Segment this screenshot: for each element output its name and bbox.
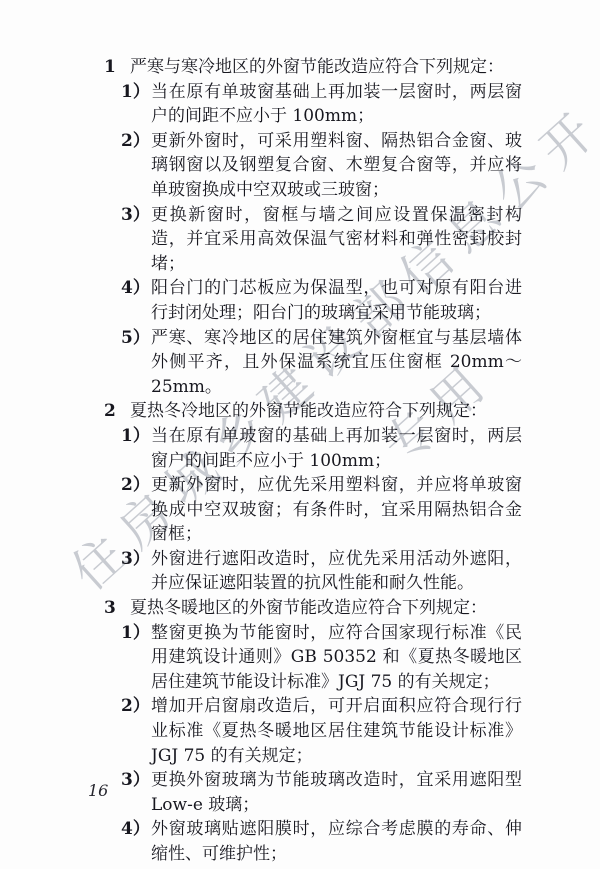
item-number: 2） <box>121 129 151 203</box>
item-text: 整窗更换为节能窗时，应符合国家现行标准《民用建筑设计通则》GB 50352 和《… <box>151 621 522 695</box>
list-item: 3）外窗进行遮阳改造时，应优先采用活动外遮阳，并应保证遮阳装置的抗风性能和耐久性… <box>121 547 522 596</box>
item-text: 外窗进行遮阳改造时，应优先采用活动外遮阳，并应保证遮阳装置的抗风性能和耐久性能。 <box>151 547 522 596</box>
section: 3夏热冬暖地区的外窗节能改造应符合下列规定：1）整窗更换为节能窗时，应符合国家现… <box>90 596 522 867</box>
list-item: 1）当在原有单玻窗基础上再加装一层窗时，两层窗户的间距不应小于 100mm； <box>121 80 522 129</box>
section-title: 夏热冬冷地区的外窗节能改造应符合下列规定： <box>130 399 522 424</box>
item-text: 更新外窗时，应优先采用塑料窗，并应将单玻窗换成中空双玻窗；有条件时，宜采用隔热铝… <box>151 473 522 547</box>
item-text: 增加开启窗扇改造后，可开启面积应符合现行行业标准《夏热冬暖地区居住建筑节能设计标… <box>151 694 522 768</box>
document-page: 1严寒与寒冷地区的外窗节能改造应符合下列规定：1）当在原有单玻窗基础上再加装一层… <box>0 0 600 869</box>
item-number: 3） <box>121 768 151 817</box>
section-heading: 1严寒与寒冷地区的外窗节能改造应符合下列规定： <box>90 55 522 80</box>
list-item: 3）更换外窗玻璃为节能玻璃改造时，宜采用遮阳型 Low-e 玻璃； <box>121 768 522 817</box>
item-number: 3） <box>121 203 151 277</box>
section-heading: 2夏热冬冷地区的外窗节能改造应符合下列规定： <box>90 399 522 424</box>
list-item: 2）更新外窗时，应优先采用塑料窗，并应将单玻窗换成中空双玻窗；有条件时，宜采用隔… <box>121 473 522 547</box>
document-body: 1严寒与寒冷地区的外窗节能改造应符合下列规定：1）当在原有单玻窗基础上再加装一层… <box>90 55 522 867</box>
list-item: 3）更换新窗时，窗框与墙之间应设置保温密封构造，并宜采用高效保温气密材料和弹性密… <box>121 203 522 277</box>
item-number: 2） <box>121 694 151 768</box>
item-text: 阳台门的门芯板应为保温型，也可对原有阳台进行封闭处理；阳台门的玻璃宜采用节能玻璃… <box>151 276 522 325</box>
item-number: 1） <box>121 424 151 473</box>
item-number: 1） <box>121 80 151 129</box>
item-text: 更新外窗时，可采用塑料窗、隔热铝合金窗、玻璃钢窗以及钢塑复合窗、木塑复合窗等，并… <box>151 129 522 203</box>
list-item: 2）增加开启窗扇改造后，可开启面积应符合现行行业标准《夏热冬暖地区居住建筑节能设… <box>121 694 522 768</box>
section-number: 3 <box>104 596 130 621</box>
item-text: 当在原有单玻窗基础上再加装一层窗时，两层窗户的间距不应小于 100mm； <box>151 80 522 129</box>
section-heading: 3夏热冬暖地区的外窗节能改造应符合下列规定： <box>90 596 522 621</box>
item-number: 1） <box>121 621 151 695</box>
item-number: 4） <box>121 817 151 866</box>
item-text: 更换新窗时，窗框与墙之间应设置保温密封构造，并宜采用高效保温气密材料和弹性密封胶… <box>151 203 522 277</box>
section-title: 夏热冬暖地区的外窗节能改造应符合下列规定： <box>130 596 522 621</box>
list-item: 5）严寒、寒冷地区的居住建筑外窗框宜与基层墙体外侧平齐，且外保温系统宜压住窗框 … <box>121 326 522 400</box>
page-number: 16 <box>88 781 108 800</box>
list-item: 4）阳台门的门芯板应为保温型，也可对原有阳台进行封闭处理；阳台门的玻璃宜采用节能… <box>121 276 522 325</box>
item-number: 2） <box>121 473 151 547</box>
list-item: 4）外窗玻璃贴遮阳膜时，应综合考虑膜的寿命、伸缩性、可维护性； <box>121 817 522 866</box>
item-text: 更换外窗玻璃为节能玻璃改造时，宜采用遮阳型 Low-e 玻璃； <box>151 768 522 817</box>
item-number: 5） <box>121 326 151 400</box>
item-text: 当在原有单玻窗的基础上再加装一层窗时，两层窗户的间距不应小于 100mm； <box>151 424 522 473</box>
section: 1严寒与寒冷地区的外窗节能改造应符合下列规定：1）当在原有单玻窗基础上再加装一层… <box>90 55 522 399</box>
list-item: 2）更新外窗时，可采用塑料窗、隔热铝合金窗、玻璃钢窗以及钢塑复合窗、木塑复合窗等… <box>121 129 522 203</box>
section-number: 2 <box>104 399 130 424</box>
list-item: 1）整窗更换为节能窗时，应符合国家现行标准《民用建筑设计通则》GB 50352 … <box>121 621 522 695</box>
section: 2夏热冬冷地区的外窗节能改造应符合下列规定：1）当在原有单玻窗的基础上再加装一层… <box>90 399 522 596</box>
item-number: 4） <box>121 276 151 325</box>
item-text: 外窗玻璃贴遮阳膜时，应综合考虑膜的寿命、伸缩性、可维护性； <box>151 817 522 866</box>
section-number: 1 <box>104 55 130 80</box>
item-text: 严寒、寒冷地区的居住建筑外窗框宜与基层墙体外侧平齐，且外保温系统宜压住窗框 20… <box>151 326 522 400</box>
list-item: 1）当在原有单玻窗的基础上再加装一层窗时，两层窗户的间距不应小于 100mm； <box>121 424 522 473</box>
item-number: 3） <box>121 547 151 596</box>
section-title: 严寒与寒冷地区的外窗节能改造应符合下列规定： <box>130 55 522 80</box>
